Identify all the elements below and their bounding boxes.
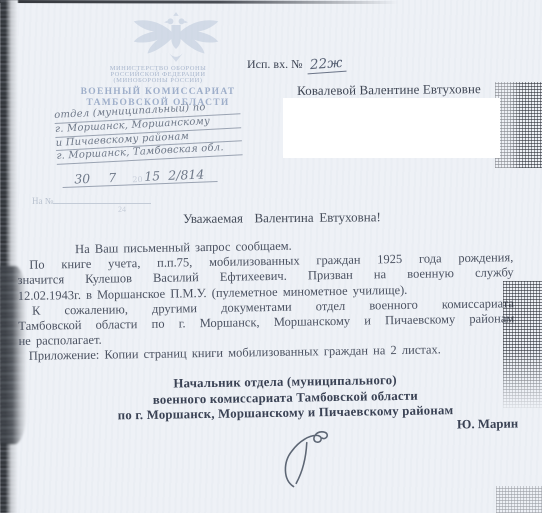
recipient-name: Ковалевой Валентине Евтуховне xyxy=(297,81,481,99)
incoming-ref-label: Исп. вх. № xyxy=(247,57,303,71)
faint-print-mark: 24 xyxy=(118,205,126,214)
scan-artifact-middle-right xyxy=(503,281,542,408)
date-month: 7 xyxy=(108,170,117,185)
incoming-ref-line: Исп. вх. №22ж xyxy=(247,56,345,73)
scan-top-edge-artifact xyxy=(0,0,398,4)
outgoing-number: 2/814 xyxy=(168,167,205,183)
signature-title-block: Начальник отдела (муниципального) военно… xyxy=(80,372,491,425)
faint-print-year-prefix: 20 xyxy=(132,175,143,184)
letterhead-ministry-line: (МИНОБОРОНЫ РОССИИ) xyxy=(58,78,258,84)
reference-label: На № xyxy=(32,196,53,206)
scanned-letter-page: МИНИСТЕРСТВО ОБОРОНЫ РОССИЙСКОЙ ФЕДЕРАЦИ… xyxy=(0,0,542,513)
scan-artifact-bottom-right xyxy=(496,486,542,513)
signatory-name: Ю. Марин xyxy=(457,417,518,433)
handwritten-signature xyxy=(275,419,376,493)
blank-underline xyxy=(53,194,151,204)
date-day: 30 xyxy=(74,171,90,187)
handwritten-department-block: отдел (муниципальный) по г. Моршанск, Мо… xyxy=(54,100,243,165)
handwritten-date-number-row: 30 7 20 15 2/814 xyxy=(62,165,218,188)
scan-artifact-top-right xyxy=(495,82,542,168)
date-year: 15 xyxy=(144,168,160,184)
salutation: Уважаемая Валентина Евтуховна! xyxy=(183,209,381,227)
reference-number-line: На № xyxy=(32,194,151,206)
incoming-ref-number: 22ж xyxy=(306,55,346,75)
letter-body: На Ваш письменный запрос сообщаем. По кн… xyxy=(17,235,515,364)
mod-emblem-eagle-icon xyxy=(130,12,222,62)
letterhead-org-line: ВОЕННЫЙ КОМИССАРИАТ xyxy=(58,87,258,98)
redaction-box xyxy=(283,98,500,158)
